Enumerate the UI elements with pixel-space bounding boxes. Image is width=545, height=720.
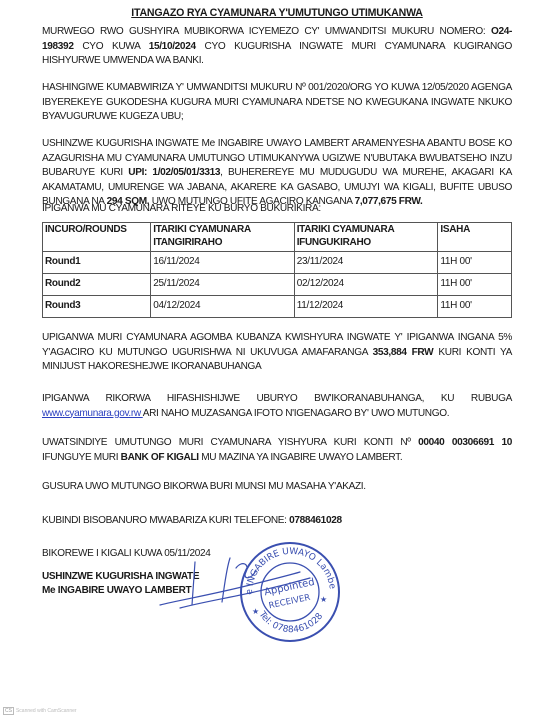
camscanner-text: Scanned with CamScanner <box>16 708 77 714</box>
paragraph-regulation: HASHINGIWE KUMABWIRIZA Y' UMWANDITSI MUK… <box>42 81 512 125</box>
text: MURWEGO RWO GUSHYIRA MUBIKORWA ICYEMEZO … <box>42 26 491 37</box>
deposit-amount: 353,884 FRW <box>373 347 434 358</box>
time: 11H 00' <box>438 274 512 296</box>
paragraph-payment-account: UWATSINDIYE UMUTUNGO MURI CYAMUNARA YISH… <box>42 436 512 465</box>
text: IPIGANWA RIKORWA HIFASHISHIJWE UBURYO BW… <box>42 393 512 404</box>
paragraph-online-bidding: IPIGANWA RIKORWA HIFASHISHIJWE UBURYO BW… <box>42 392 512 421</box>
paragraph-schedule-intro: IPIGANWA MU CYAMUNARA RITEYE KU BURYO BU… <box>42 202 512 217</box>
decision-date: 15/10/2024 <box>149 41 196 52</box>
text: CYO KUWA <box>74 41 149 52</box>
upi-number: UPI: 1/02/05/01/3313 <box>128 167 220 178</box>
stamp-bottom-text: Tel: 0788461028 <box>256 609 325 635</box>
camscanner-watermark: CS Scanned with CamScanner <box>3 707 77 715</box>
text: MU MAZINA YA INGABIRE UWAYO LAMBERT. <box>199 452 403 463</box>
paragraph-visiting: GUSURA UWO MUTUNGO BIKORWA BURI MUNSI MU… <box>42 480 512 495</box>
time: 11H 00' <box>438 296 512 318</box>
header-end-date: ITARIKI CYAMUNARA IFUNGUKIRAHO <box>294 223 438 252</box>
appointed-receiver-stamp-icon: Me INGABIRE UWAYO Lambert Tel: 078846102… <box>238 540 342 644</box>
camscanner-logo-icon: CS <box>3 707 14 715</box>
stamp-star-icon: ★ <box>252 607 259 616</box>
paragraph-deposit: UPIGANWA MURI CYAMUNARA AGOMBA KUBANZA K… <box>42 331 512 375</box>
table-row: Round2 25/11/2024 02/12/2024 11H 00' <box>43 274 512 296</box>
text: KUBINDI BISOBANURO MWABARIZA KURI TELEFO… <box>42 515 289 526</box>
paragraph-court-decision: MURWEGO RWO GUSHYIRA MUBIKORWA ICYEMEZO … <box>42 25 512 69</box>
svg-text:Tel: 0788461028: Tel: 0788461028 <box>256 609 325 635</box>
header-rounds: INCURO/ROUNDS <box>43 223 151 252</box>
table-header-row: INCURO/ROUNDS ITARIKI CYAMUNARA ITANGIRI… <box>43 223 512 252</box>
account-number: 00040 00306691 10 <box>418 437 512 448</box>
cyamunara-website-link[interactable]: www.cyamunara.gov.rw <box>42 408 143 419</box>
text: ARI NAHO MUZASANGA IFOTO N'IGENAGARO BY'… <box>143 408 449 419</box>
start-date: 25/11/2024 <box>151 274 294 296</box>
start-date: 16/11/2024 <box>151 252 294 274</box>
text: IFUNGUYE MURI <box>42 452 121 463</box>
paragraph-contact: KUBINDI BISOBANURO MWABARIZA KURI TELEFO… <box>42 514 512 529</box>
end-date: 11/12/2024 <box>294 296 438 318</box>
round-label: Round3 <box>43 296 151 318</box>
bank-name: BANK OF KIGALI <box>121 452 199 463</box>
end-date: 23/11/2024 <box>294 252 438 274</box>
start-date: 04/12/2024 <box>151 296 294 318</box>
table-row: Round1 16/11/2024 23/11/2024 11H 00' <box>43 252 512 274</box>
header-start-date: ITARIKI CYAMUNARA ITANGIRIRAHO <box>151 223 294 252</box>
text: UWATSINDIYE UMUTUNGO MURI CYAMUNARA YISH… <box>42 437 418 448</box>
round-label: Round1 <box>43 252 151 274</box>
round-label: Round2 <box>43 274 151 296</box>
table-row: Round3 04/12/2024 11/12/2024 11H 00' <box>43 296 512 318</box>
paragraph-property-description: USHINZWE KUGURISHA INGWATE Me INGABIRE U… <box>42 137 512 210</box>
end-date: 02/12/2024 <box>294 274 438 296</box>
stamp-star-icon: ★ <box>320 595 327 604</box>
document-title: ITANGAZO RYA CYAMUNARA Y'UMUTUNGO UTIMUK… <box>42 7 512 19</box>
auction-schedule-table: INCURO/ROUNDS ITARIKI CYAMUNARA ITANGIRI… <box>42 222 512 318</box>
contact-phone: 0788461028 <box>289 515 342 526</box>
time: 11H 00' <box>438 252 512 274</box>
header-time: ISAHA <box>438 223 512 252</box>
